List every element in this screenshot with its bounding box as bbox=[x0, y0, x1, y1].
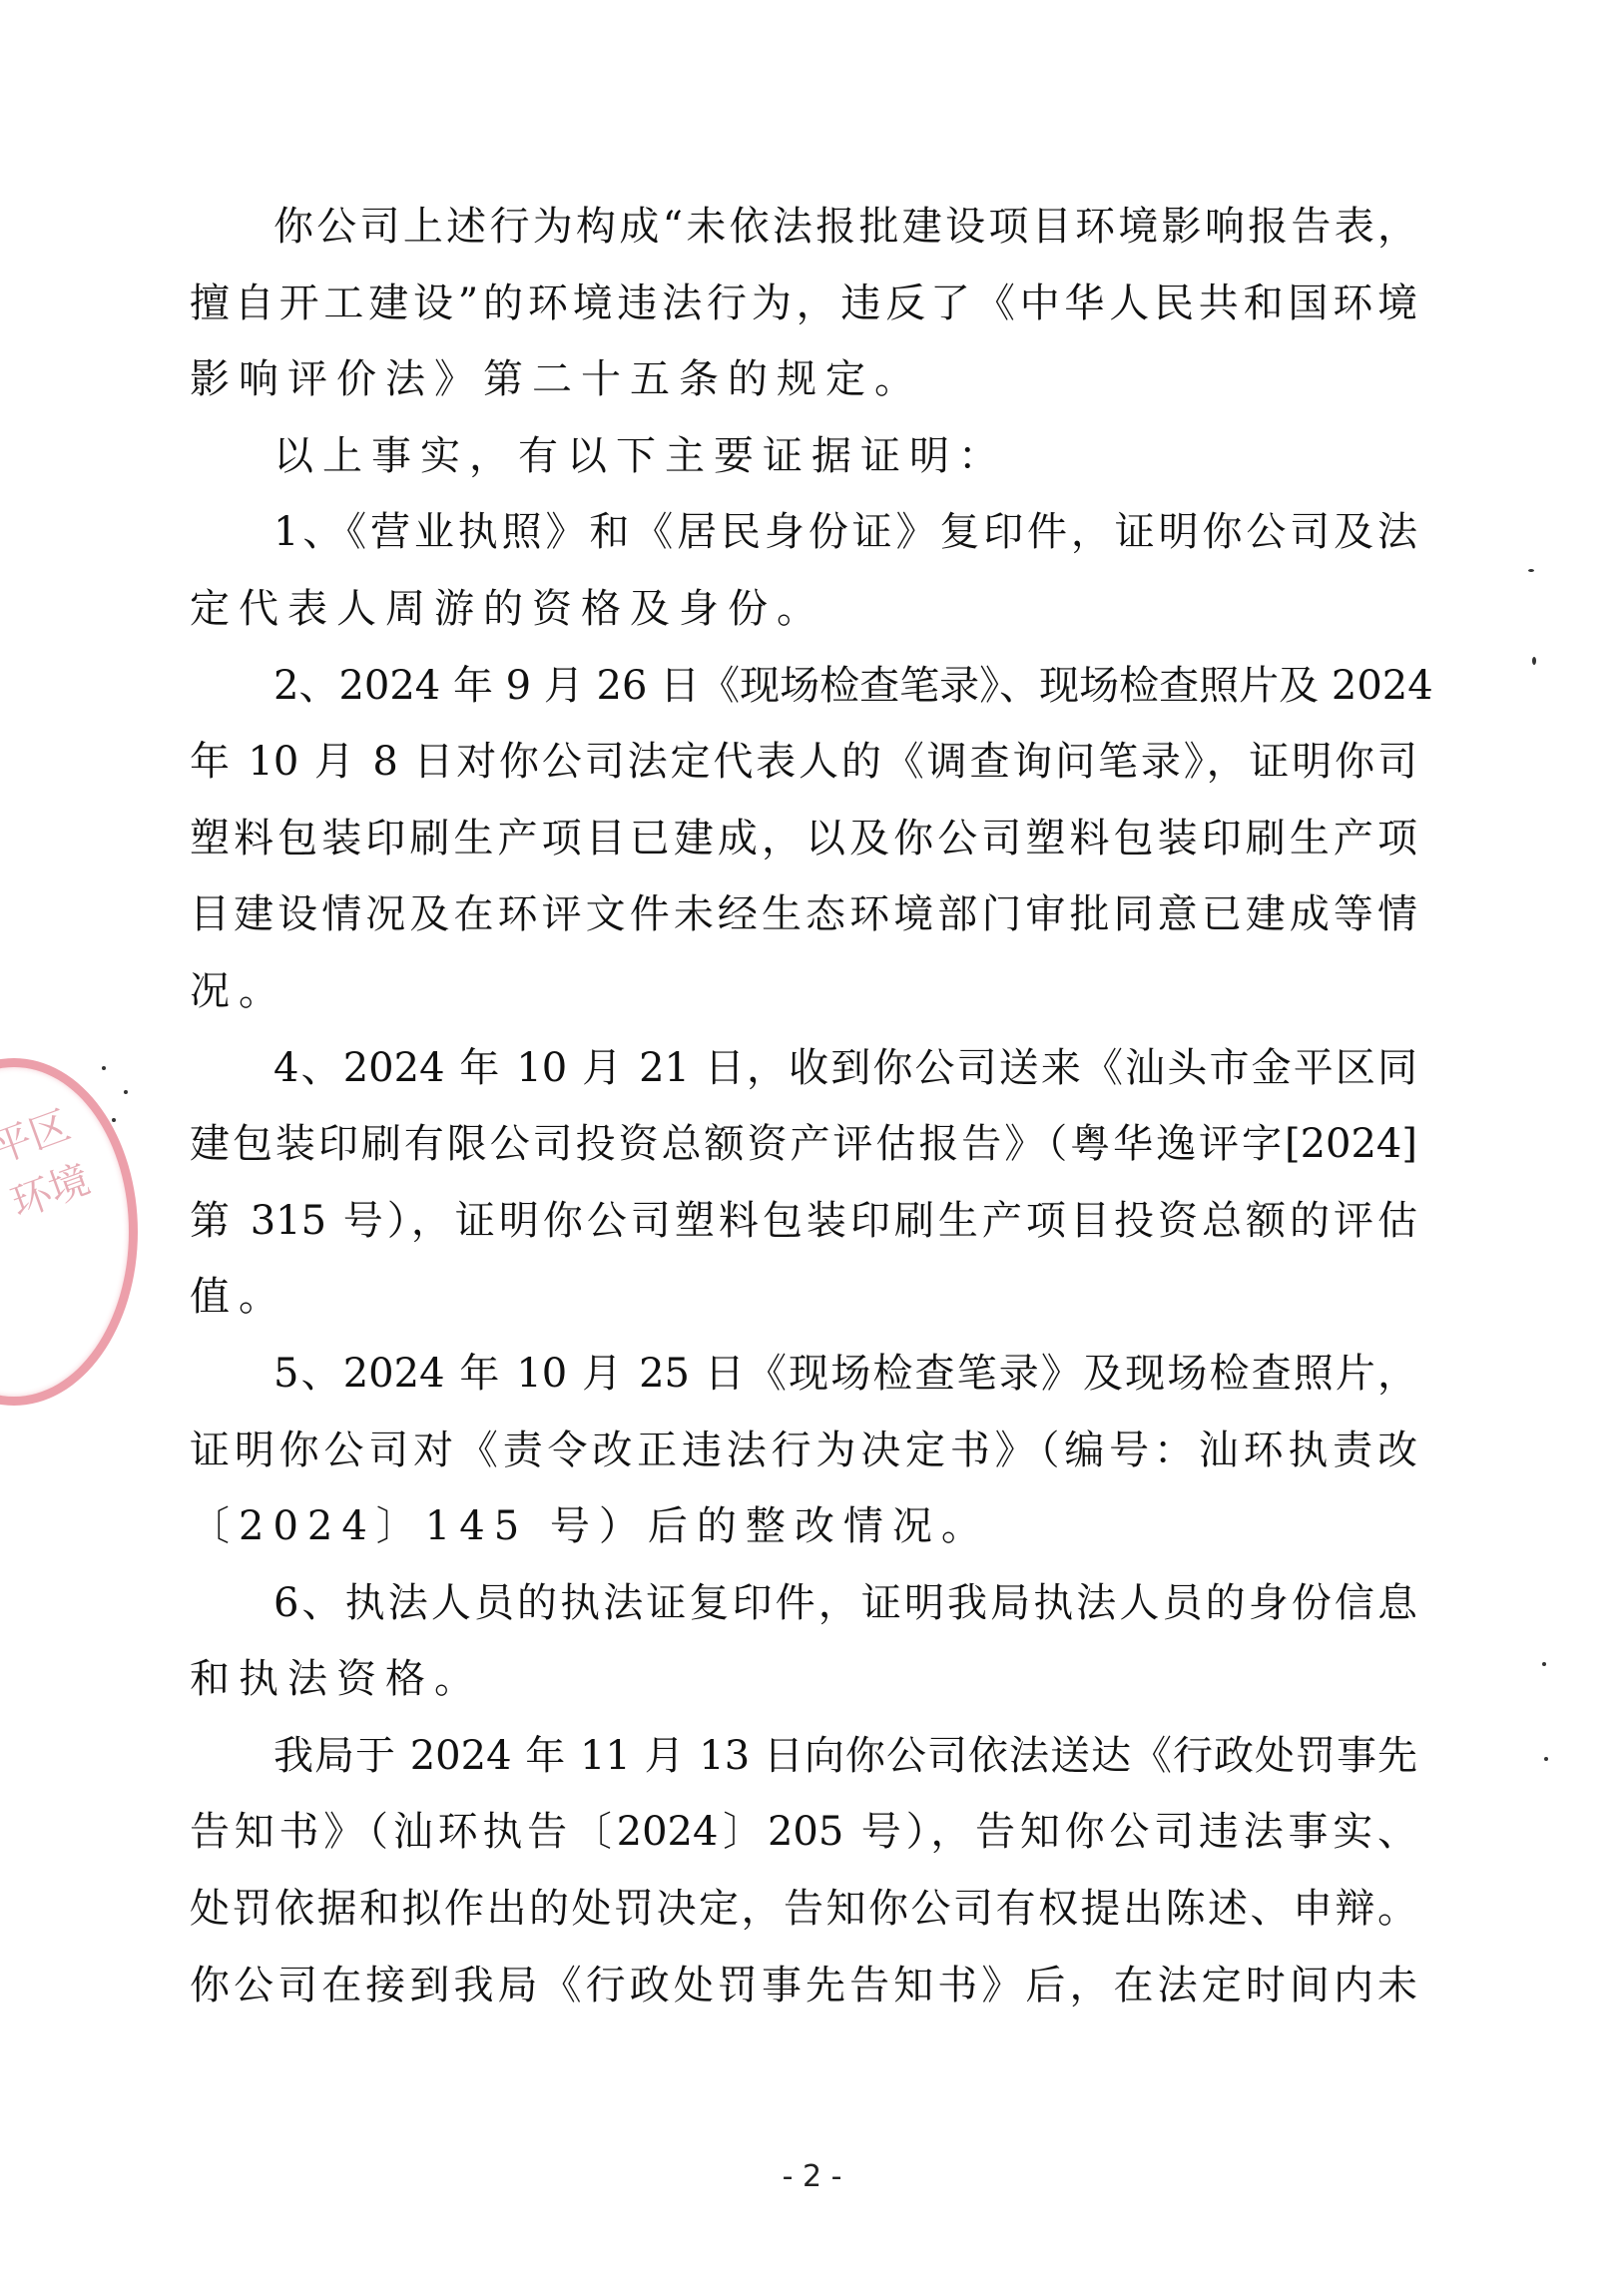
text-line: 年 10 月 8 日对你公司法定代表人的《调查询问笔录》，证明你司 bbox=[190, 733, 1417, 810]
text-line: 你公司在接到我局《行政处罚事先告知书》后，在法定时间内未 bbox=[190, 1957, 1417, 2033]
scan-speck bbox=[124, 1090, 128, 1094]
text-line: 2、2024 年 9 月 26 日《现场检查笔录》、现场检查照片及 2024 bbox=[190, 657, 1417, 734]
text-line: 你公司上述行为构成“未依法报批建设项目环境影响报告表， bbox=[190, 198, 1417, 275]
text-line: 塑料包装印刷生产项目已建成，以及你公司塑料包装印刷生产项 bbox=[190, 810, 1417, 886]
text-line: 影响评价法》第二十五条的规定。 bbox=[190, 350, 1417, 427]
scan-speck bbox=[1544, 1757, 1548, 1761]
text-line: 建包装印刷有限公司投资总额资产评估报告》（粤华逸评字[2024] bbox=[190, 1115, 1417, 1192]
text-line: 我局于 2024 年 11 月 13 日向你公司依法送达《行政处罚事先 bbox=[190, 1727, 1417, 1804]
text-line: 6、执法人员的执法证复印件，证明我局执法人员的身份信息 bbox=[190, 1574, 1417, 1651]
text-line: 值。 bbox=[190, 1268, 1417, 1345]
text-line: 况。 bbox=[190, 962, 1417, 1039]
text-line: 擅自开工建设”的环境违法行为，违反了《中华人民共和国环境 bbox=[190, 275, 1417, 351]
text-line: 5、2024 年 10 月 25 日《现场检查笔录》及现场检查照片， bbox=[190, 1345, 1417, 1422]
scan-speck bbox=[112, 1118, 116, 1122]
scan-speck bbox=[1528, 569, 1534, 572]
text-line: 4、2024 年 10 月 21 日，收到你公司送来《汕头市金平区同 bbox=[190, 1039, 1417, 1116]
text-line: 以上事实，有以下主要证据证明： bbox=[190, 427, 1417, 504]
document-body: 你公司上述行为构成“未依法报批建设项目环境影响报告表， 擅自开工建设”的环境违法… bbox=[190, 198, 1417, 2032]
scan-speck bbox=[1542, 1662, 1546, 1666]
text-line: 定代表人周游的资格及身份。 bbox=[190, 580, 1417, 657]
text-line: 处罚依据和拟作出的处罚决定，告知你公司有权提出陈述、申辩。 bbox=[190, 1880, 1417, 1957]
document-page: 平区环境 你公司上述行为构成“未依法报批建设项目环境影响报告表， 擅自开工建设”… bbox=[0, 0, 1624, 2296]
text-line: 和执法资格。 bbox=[190, 1650, 1417, 1727]
scan-speck bbox=[1532, 657, 1536, 665]
text-line: 第 315 号），证明你公司塑料包装印刷生产项目投资总额的评估 bbox=[190, 1192, 1417, 1269]
text-line: 证明你公司对《责令改正违法行为决定书》（编号：汕环执责改 bbox=[190, 1422, 1417, 1498]
text-line: 〔2024〕145 号）后的整改情况。 bbox=[190, 1497, 1417, 1574]
text-line: 告知书》（汕环执告〔2024〕205 号），告知你公司违法事实、 bbox=[190, 1803, 1417, 1880]
scan-speck bbox=[102, 1066, 106, 1070]
text-line: 1、《营业执照》和《居民身份证》复印件，证明你公司及法 bbox=[190, 503, 1417, 580]
page-number: - 2 - bbox=[0, 2159, 1624, 2194]
text-line: 目建设情况及在环评文件未经生态环境部门审批同意已建成等情 bbox=[190, 885, 1417, 962]
